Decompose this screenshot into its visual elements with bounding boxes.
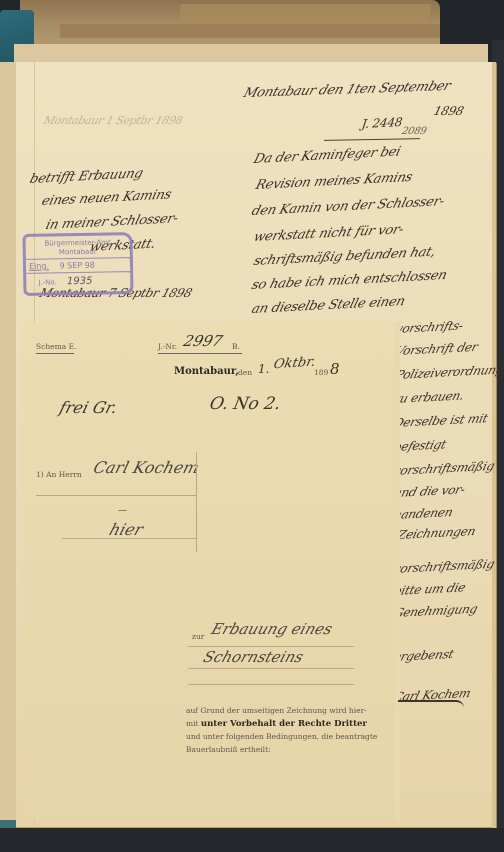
margin-fragment: vorschriftsmäßig (392, 557, 496, 576)
purpose-line (188, 646, 354, 647)
stamp-town: Montabaur (26, 247, 130, 257)
registry-number: J. 2448 (361, 115, 403, 131)
jnr-underline (158, 353, 242, 354)
stamp-received-label: Eing. (29, 262, 49, 271)
margin-fragment: Polizeiverordnung (394, 362, 504, 382)
stamp-divider (26, 271, 130, 274)
subject-line-2: eines neuen Kamins (40, 187, 173, 209)
pen-stroke (398, 700, 464, 708)
body-line-5: schriftsmäßig befunden hat, (252, 245, 437, 269)
margin-fragment: ergebenst (392, 647, 455, 664)
letter-year: 1898 (432, 104, 465, 118)
building-permit-form: Schema E. J.-Nr. 2997 B. Montabaur, den … (22, 322, 395, 820)
purpose-line (188, 668, 354, 669)
stacked-page-edges (20, 0, 440, 48)
bleed-through-text: Montabaur 1 Septbr 1898 (42, 114, 184, 127)
stamp-number-label: J.-No. (38, 278, 57, 286)
handwritten-note-left: frei Gr. (57, 398, 119, 417)
recipient-place-line (62, 538, 196, 539)
margin-fragment: und die vor- (392, 482, 466, 500)
recipient-block-divider (196, 452, 197, 552)
form-body-text-2-bold: unter Vorbehalt der Rechte Dritter (201, 719, 367, 729)
body-line-3: den Kamin von der Schlosser- (250, 194, 446, 219)
form-purpose-line-2: Schornsteins (201, 648, 306, 666)
margin-fragment: zu erbauen. (392, 388, 466, 406)
form-purpose-label: zur (192, 632, 204, 641)
margin-fragment: bitte um die (392, 580, 467, 598)
form-body-text-4: Bauerlaubniß ertheilt: (186, 745, 271, 754)
form-recipient-prefix: 1) An Herrn (36, 470, 82, 479)
margin-fragment: vorschriftsmäßig (392, 459, 496, 478)
recipient-line (36, 495, 196, 496)
letter-date-line: Montabaur den 1ten September (242, 79, 453, 101)
form-body-text-2-prefix: mit (186, 719, 199, 728)
margin-fragment: Vorschrift der (394, 340, 479, 358)
form-jnr-value: 2997 (182, 332, 225, 350)
body-line-6: so habe ich mich entschlossen (250, 268, 449, 293)
page-edge-layer (60, 24, 440, 38)
subject-line-1: betrifft Erbauung (28, 166, 145, 187)
form-date-month: Oktbr. (272, 355, 317, 373)
margin-fragment: befestigt (392, 437, 448, 454)
handwritten-note-right: O. No 2. (208, 394, 283, 414)
stamp-number-row: J.-No. 1935 (26, 275, 130, 288)
body-line-2: Revision meines Kamins (254, 170, 414, 193)
body-line-7: an dieselbe Stelle einen (250, 294, 407, 317)
form-body-text-2: mit unter Vorbehalt der Rechte Dritter (186, 719, 367, 729)
form-date-day: 1. (258, 362, 269, 376)
form-den-label: den (238, 368, 252, 377)
letter-continuation-column: vorschrifts- Vorschrift der Polizeiveror… (394, 322, 490, 742)
margin-fragment: Genehmigung (392, 602, 479, 620)
margin-fragment: handenen (392, 505, 454, 522)
form-jnr-suffix: B. (232, 342, 240, 351)
form-place: Montabaur, (174, 366, 239, 377)
margin-fragment: vorschrifts- (394, 319, 465, 336)
subject-line-3: in meiner Schlosser- (44, 211, 180, 233)
stamp-received-date: 9 SEP 98 (59, 261, 94, 271)
form-recipient-dash: — (118, 506, 127, 516)
form-recipient-name: Carl Kochem (91, 458, 201, 477)
body-line-4: werkstatt nicht für vor- (252, 222, 405, 245)
purpose-line (188, 684, 354, 685)
form-year-prefix: 189 (314, 368, 328, 377)
margin-fragment: Derselbe ist mit (392, 411, 489, 430)
registry-number-secondary: 2089 (401, 126, 428, 137)
form-schema-label: Schema E. (36, 342, 76, 351)
form-body-text-1: auf Grund der umseitigen Zeichnung wird … (186, 706, 367, 715)
registry-underline (324, 138, 420, 141)
body-line-1: Da der Kaminfeger bei (252, 144, 402, 167)
form-purpose-line-1: Erbauung eines (209, 620, 335, 638)
form-year-suffix: 8 (330, 360, 340, 378)
stamp-received-row: Eing. 9 SEP 98 (26, 260, 130, 271)
received-stamp: Bürgermeister-Amt Montabaur Eing. 9 SEP … (22, 232, 133, 296)
page-edge-layer (179, 4, 431, 26)
form-body-text-3: und unter folgenden Bedingungen, die bea… (186, 732, 377, 741)
form-recipient-place: hier (107, 520, 146, 539)
form-edge (394, 322, 400, 820)
stamp-number-value: 1935 (67, 276, 93, 287)
margin-fragment: Zeichnungen (396, 524, 477, 542)
form-jnr-label: J.-Nr. (158, 342, 177, 351)
scanner-bottom-edge (0, 828, 504, 852)
schema-underline (36, 353, 74, 354)
